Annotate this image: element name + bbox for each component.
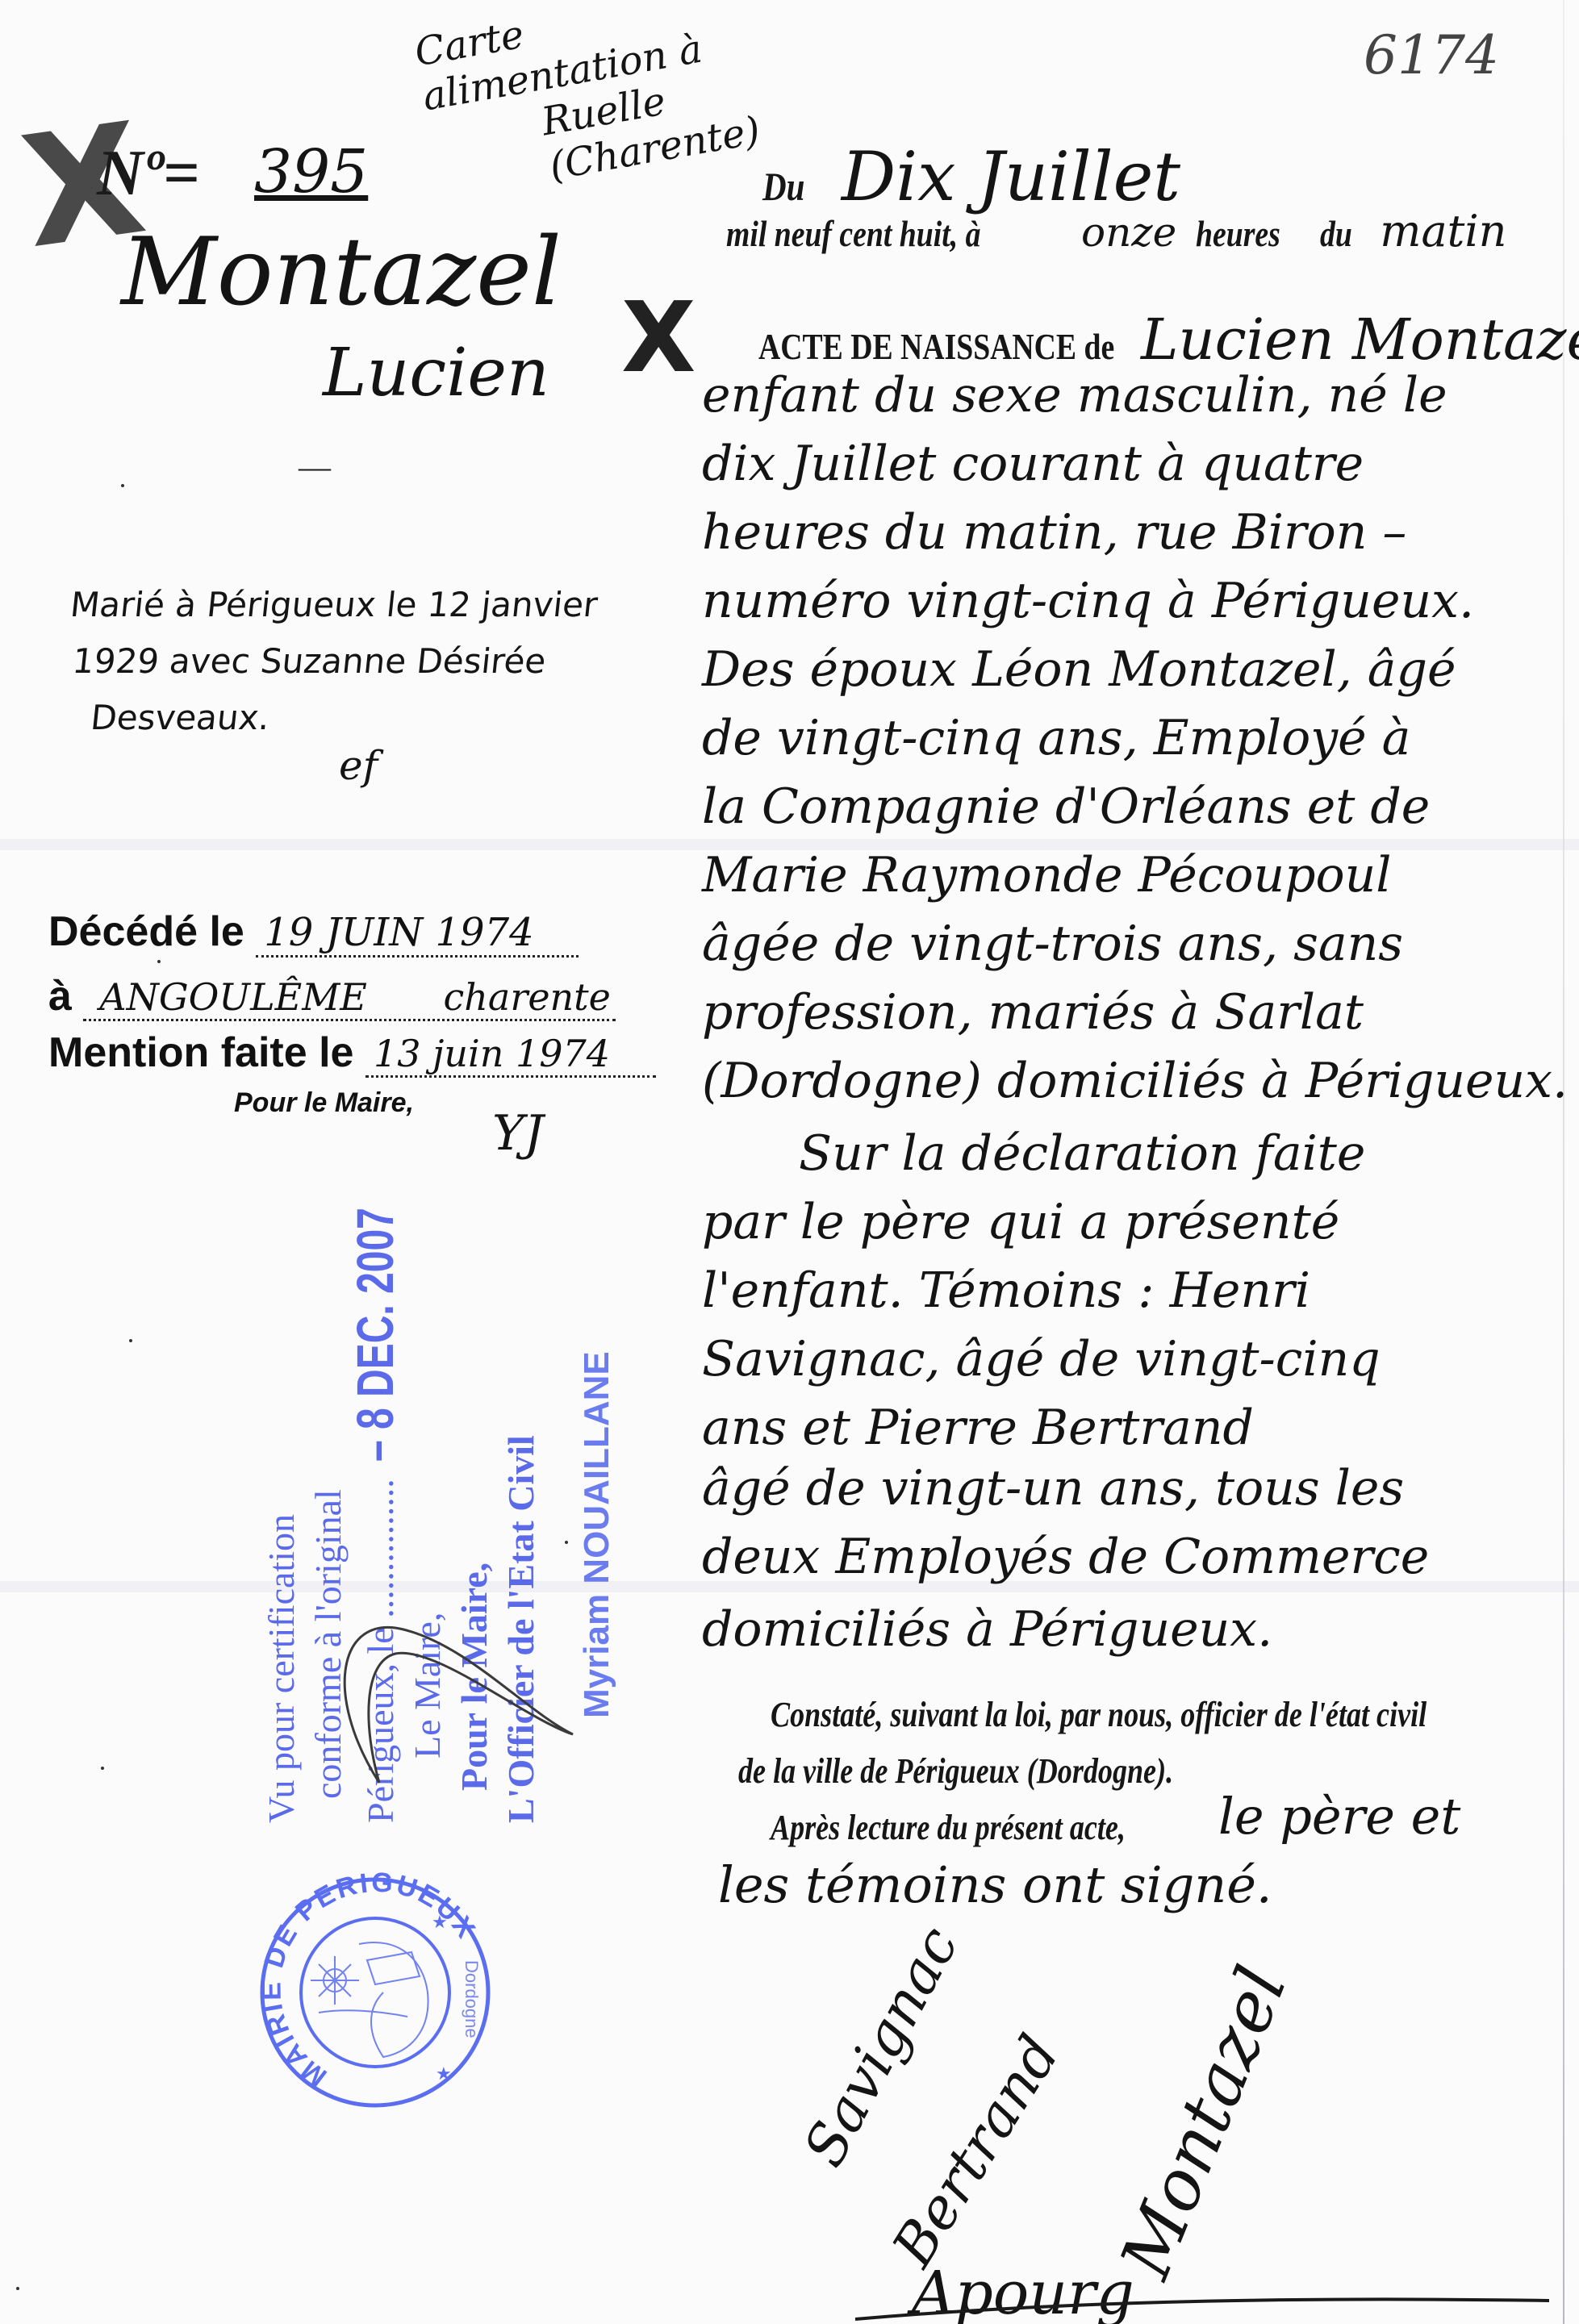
year-printed: mil neuf cent huit, à [726, 212, 1011, 255]
record-number-label: Nº= [97, 137, 199, 211]
mention-label: Mention faite le [48, 1029, 353, 1076]
constate-text: Constaté, suivant la loi, par nous, offi… [771, 1694, 1427, 1735]
du-label: Du [762, 163, 804, 210]
svg-text:★: ★ [432, 1912, 448, 1932]
act-body-line: Sur la déclaration faite [799, 1125, 1365, 1182]
act-body-line: de vingt-cinq ans, Employé à [702, 710, 1410, 766]
marriage-mention-line: Desveaux. [88, 690, 588, 746]
apres-lecture-text: Après lecture du présent acte, [771, 1807, 1126, 1848]
act-title-name: Lucien Montazel [1141, 307, 1579, 373]
death-place-city: ANGOULÊME [99, 975, 367, 1019]
marriage-mention: Marié à Périgueux le 12 janvier 1929 ave… [56, 577, 600, 746]
place-label: à [48, 973, 72, 1020]
act-title-printed: ACTE DE NAISSANCE de [758, 325, 1069, 368]
marriage-mention-line: Marié à Périgueux le 12 janvier [68, 577, 600, 633]
act-body-line: Des époux Léon Montazel, âgé [702, 641, 1456, 698]
death-date-row: Décédé le 19 JUIN 1974 [48, 907, 579, 958]
act-body-line: par le père qui a présenté [702, 1194, 1339, 1250]
closing-handwritten-2: les témoins ont signé. [718, 1855, 1272, 1914]
act-body-line: (Dordogne) domiciliés à Périgueux. [702, 1053, 1568, 1109]
mairie-seal: MAIRIE DE PERIGUEUX ★ ★ Dordogne [246, 1871, 504, 2113]
death-place-department: charente [444, 975, 611, 1019]
margin-surname: Montazel [121, 218, 562, 327]
act-body-line: Marie Raymonde Pécoupoul [702, 847, 1391, 903]
mention-date-row: Mention faite le 13 juin 1974 [48, 1028, 656, 1078]
act-title: ACTE DE NAISSANCE de Lucien Montazel [758, 307, 1579, 373]
marriage-mention-initials: ef [339, 742, 378, 789]
date-handwritten: Dix Juillet [842, 137, 1180, 216]
act-body-line: profession, mariés à Sarlat [702, 984, 1364, 1041]
deceased-label: Décédé le [48, 908, 244, 955]
death-date: 19 JUIN 1974 [256, 910, 579, 958]
act-body-line: heures du matin, rue Biron – [702, 504, 1406, 561]
hour-handwritten: onze [1081, 209, 1176, 256]
archive-number: 6174 [1364, 24, 1499, 86]
death-place-row: à ANGOULÊME charente [48, 972, 616, 1021]
stamp-signature-scribble [315, 1597, 589, 1799]
stamp-date: – 8 DEC. 2007 [352, 1208, 399, 1462]
act-body-line: âgée de vingt-trois ans, sans [702, 916, 1403, 972]
svg-text:Dordogne: Dordogne [462, 1960, 482, 2038]
closing-handwritten-1: le père et [1218, 1787, 1460, 1846]
act-body-line: numéro vingt-cinq à Périgueux. [702, 573, 1474, 629]
certification-stamp: Vu pour certification conforme à l'origi… [258, 1258, 855, 1823]
svg-text:★: ★ [436, 2063, 452, 2084]
du-label-2: du [1320, 212, 1353, 255]
act-body-line: enfant du sexe masculin, né le [702, 367, 1447, 423]
act-body-line: la Compagnie d'Orléans et de [702, 778, 1430, 835]
period-handwritten: matin [1380, 206, 1506, 257]
record-number: 395 [254, 137, 368, 207]
time-line: mil neuf cent huit, à onze heures du mat… [726, 206, 1565, 257]
mention-date: 13 juin 1974 [366, 1032, 656, 1078]
annotation-cross-mark: X [621, 282, 696, 394]
margin-given-name: Lucien [323, 335, 549, 411]
top-annotation: Carte alimentation à Ruelle (Charente) [403, 0, 763, 211]
signature-montazel: Montazel [1105, 1956, 1302, 2289]
stamp-line: Vu pour certification [258, 1123, 305, 1823]
marriage-mention-line: 1929 avec Suzanne Désirée [69, 633, 594, 690]
officer-signature-flourish [847, 2291, 1557, 2323]
act-body-line: dix Juillet courant à quatre [702, 436, 1364, 492]
hours-label: heures [1196, 212, 1282, 255]
ville-text: de la ville de Périgueux (Dordogne). [738, 1750, 1173, 1792]
pour-le-maire-label: Pour le Maire, [234, 1087, 414, 1119]
death-place: ANGOULÊME charente [83, 975, 616, 1021]
date-line: Du Dix Juillet [762, 137, 1180, 216]
margin-dash: — [299, 448, 331, 486]
